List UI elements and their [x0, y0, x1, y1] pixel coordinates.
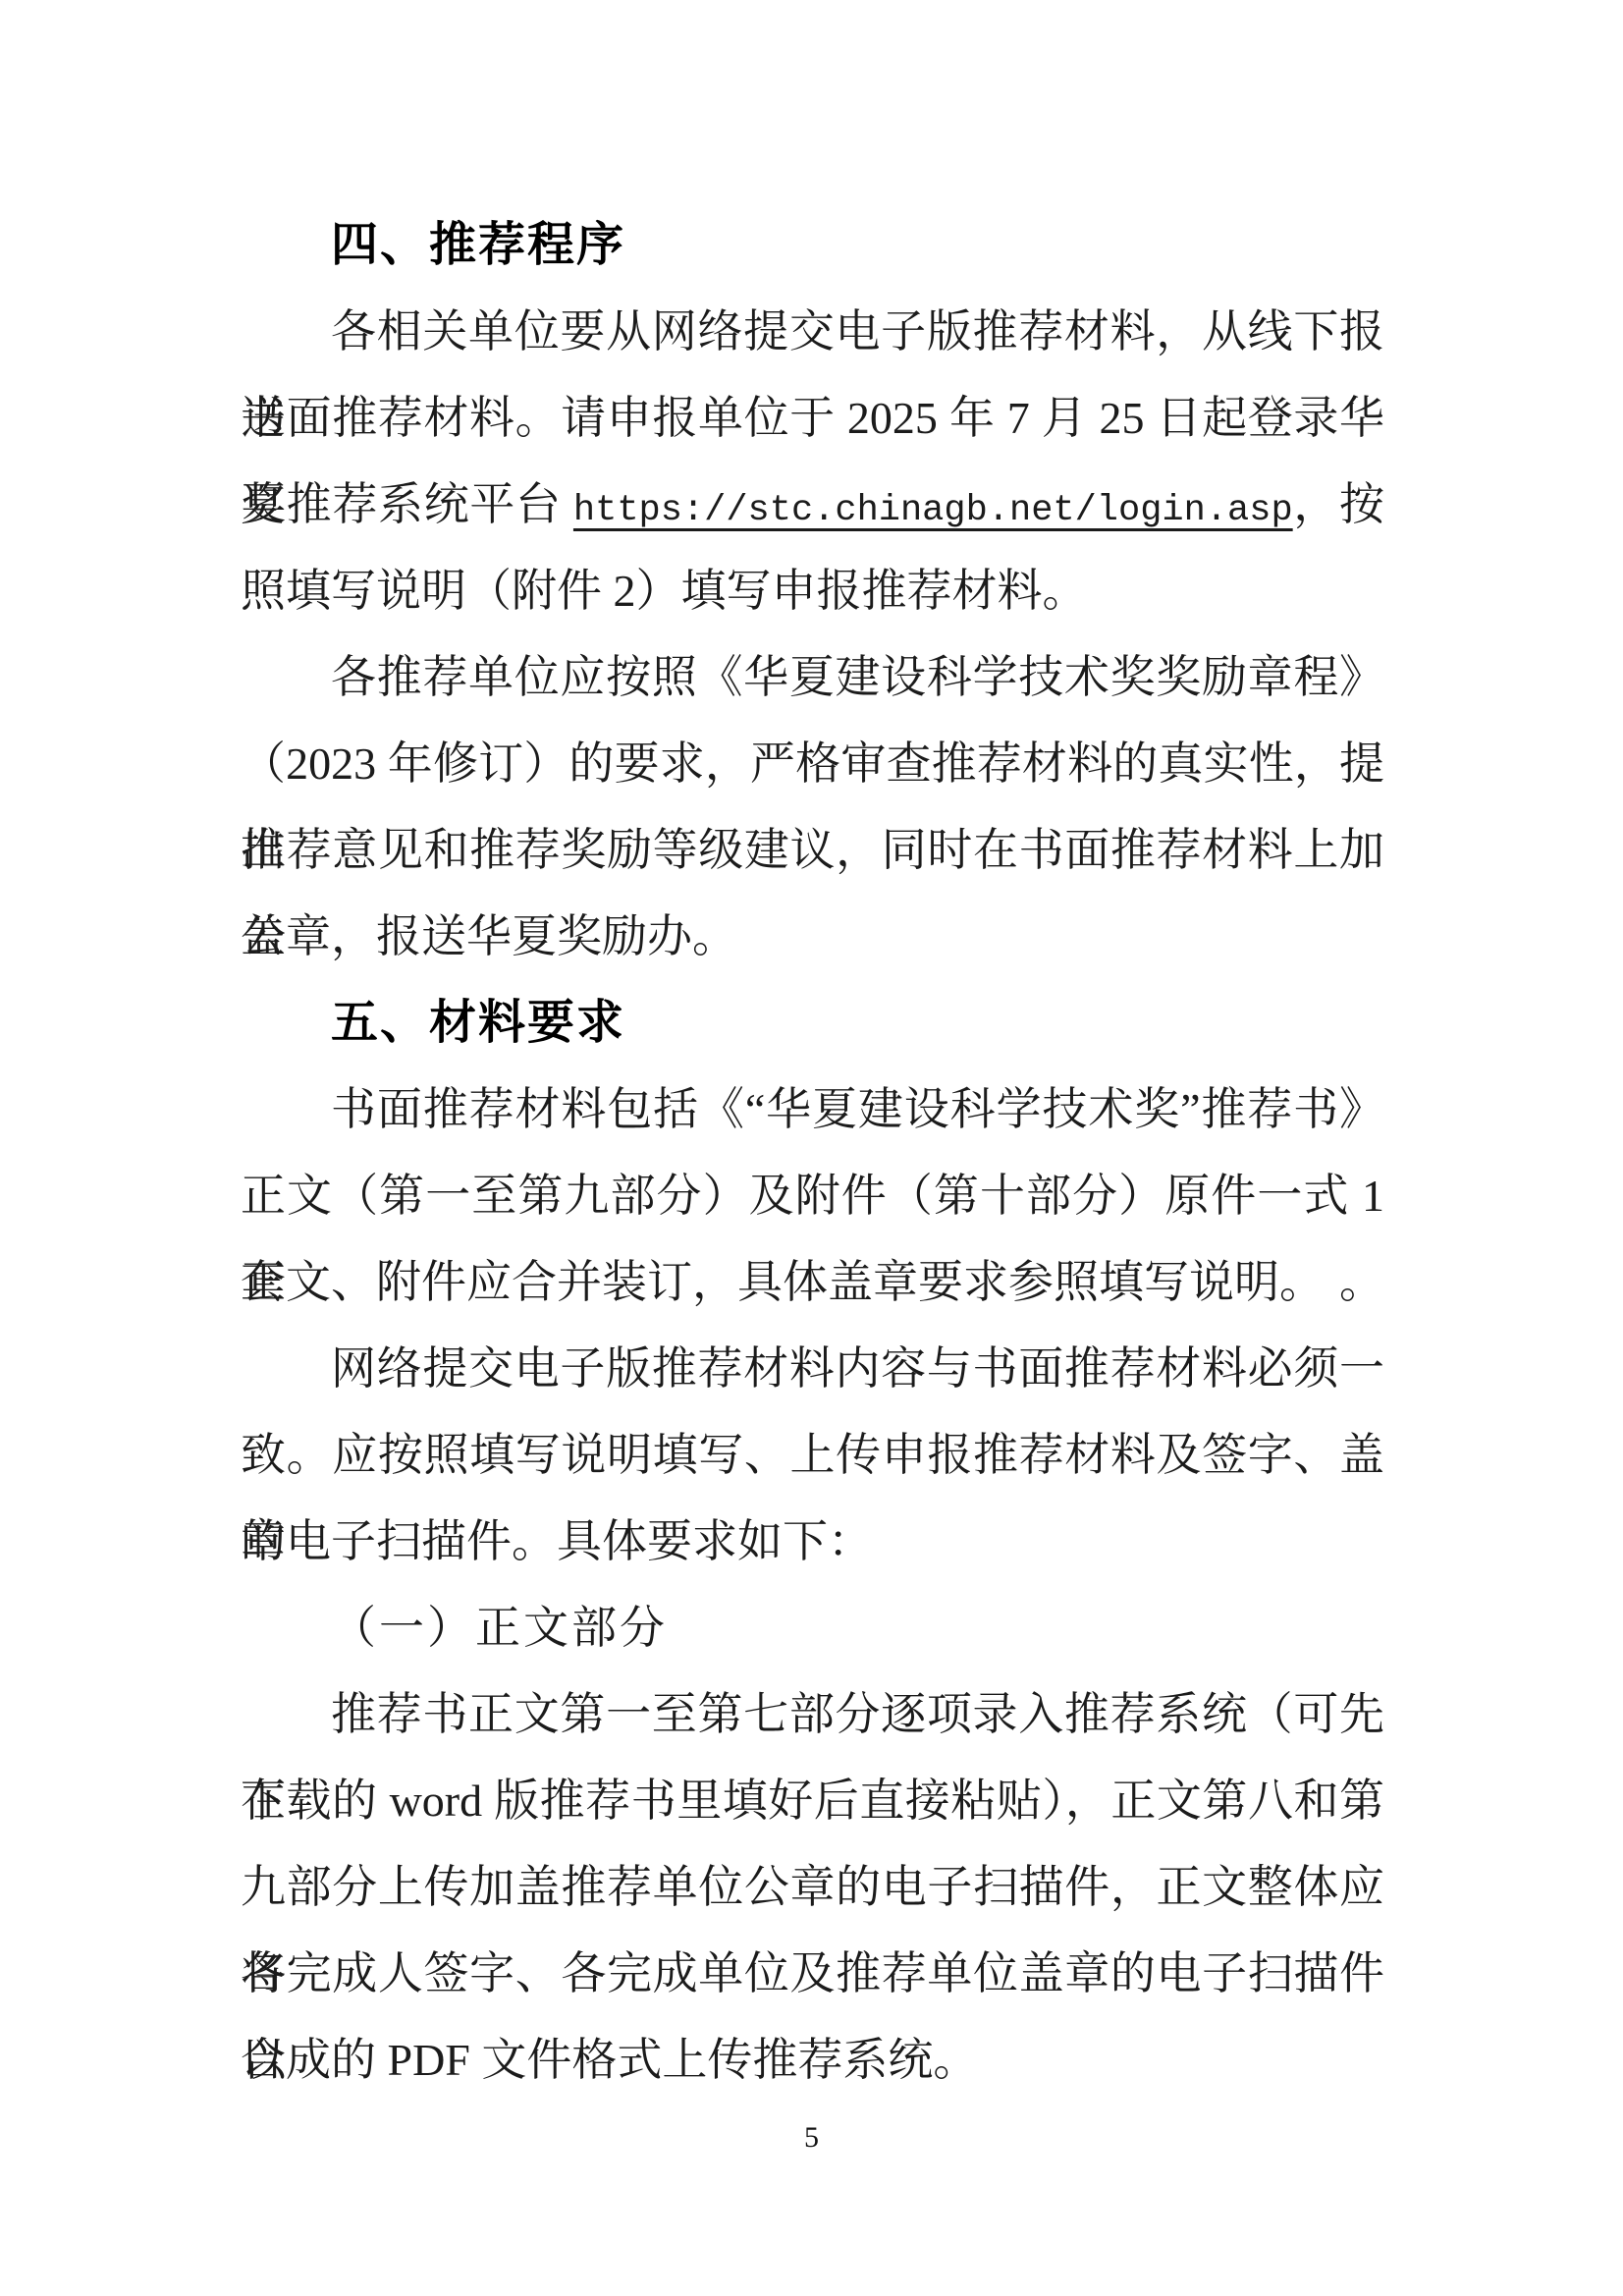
paragraph-line: 的电子扫描件。具体要求如下： — [241, 1499, 1384, 1585]
paragraph-line: 各完成人签字、各完成单位及推荐单位盖章的电子扫描件以 — [241, 1931, 1384, 2017]
paragraph-line: 正文、附件应合并装订，具体盖章要求参照填写说明。 — [241, 1239, 1384, 1326]
paragraph-line: 各推荐单位应按照《华夏建设科学技术奖奖励章程》 — [241, 634, 1384, 721]
paragraph-line: 下载的 word 版推荐书里填好后直接粘贴），正文第八和第 — [241, 1758, 1384, 1844]
page-number: 5 — [0, 2121, 1623, 2155]
paragraph-line: 合成的 PDF 文件格式上传推荐系统。 — [241, 2017, 1384, 2104]
recommendation-system-url-link[interactable]: https://stc.chinagb.net/login.asp — [573, 490, 1293, 531]
paragraph-line: 致。应按照填写说明填写、上传申报推荐材料及签字、盖章 — [241, 1412, 1384, 1499]
url-prefix-text: 奖推荐系统平台 — [241, 479, 573, 529]
document-page: 四、推荐程序 各相关单位要从网络提交电子版推荐材料，从线下报送 书面推荐材料。请… — [0, 0, 1623, 2296]
paragraph-line: 九部分上传加盖推荐单位公章的电子扫描件，正文整体应将 — [241, 1844, 1384, 1931]
paragraph-line: 书面推荐材料包括《“华夏建设科学技术奖”推荐书》 — [241, 1066, 1384, 1153]
section-heading-4: 四、推荐程序 — [241, 202, 1384, 289]
paragraph-line: 书面推荐材料。请申报单位于 2025 年 7 月 25 日起登录华夏 — [241, 375, 1384, 462]
paragraph-line-with-url: 奖推荐系统平台 https://stc.chinagb.net/login.as… — [241, 462, 1384, 548]
paragraph-line: 推荐书正文第一至第七部分逐项录入推荐系统（可先在 — [241, 1671, 1384, 1758]
paragraph-line: 正文（第一至第九部分）及附件（第十部分）原件一式 1 套。 — [241, 1153, 1384, 1239]
subsection-heading-1: （一）正文部分 — [241, 1585, 1384, 1671]
paragraph-line: 公章，报送华夏奖励办。 — [241, 894, 1384, 980]
paragraph-line: 照填写说明（附件 2）填写申报推荐材料。 — [241, 548, 1384, 634]
paragraph-line: 网络提交电子版推荐材料内容与书面推荐材料必须一 — [241, 1326, 1384, 1412]
paragraph-line: （2023 年修订）的要求，严格审查推荐材料的真实性，提出 — [241, 721, 1384, 807]
section-heading-5: 五、材料要求 — [241, 980, 1384, 1066]
paragraph-line: 推荐意见和推荐奖励等级建议，同时在书面推荐材料上加盖 — [241, 807, 1384, 894]
paragraph-line: 各相关单位要从网络提交电子版推荐材料，从线下报送 — [241, 289, 1384, 375]
url-suffix-text: ，按 — [1293, 479, 1384, 529]
